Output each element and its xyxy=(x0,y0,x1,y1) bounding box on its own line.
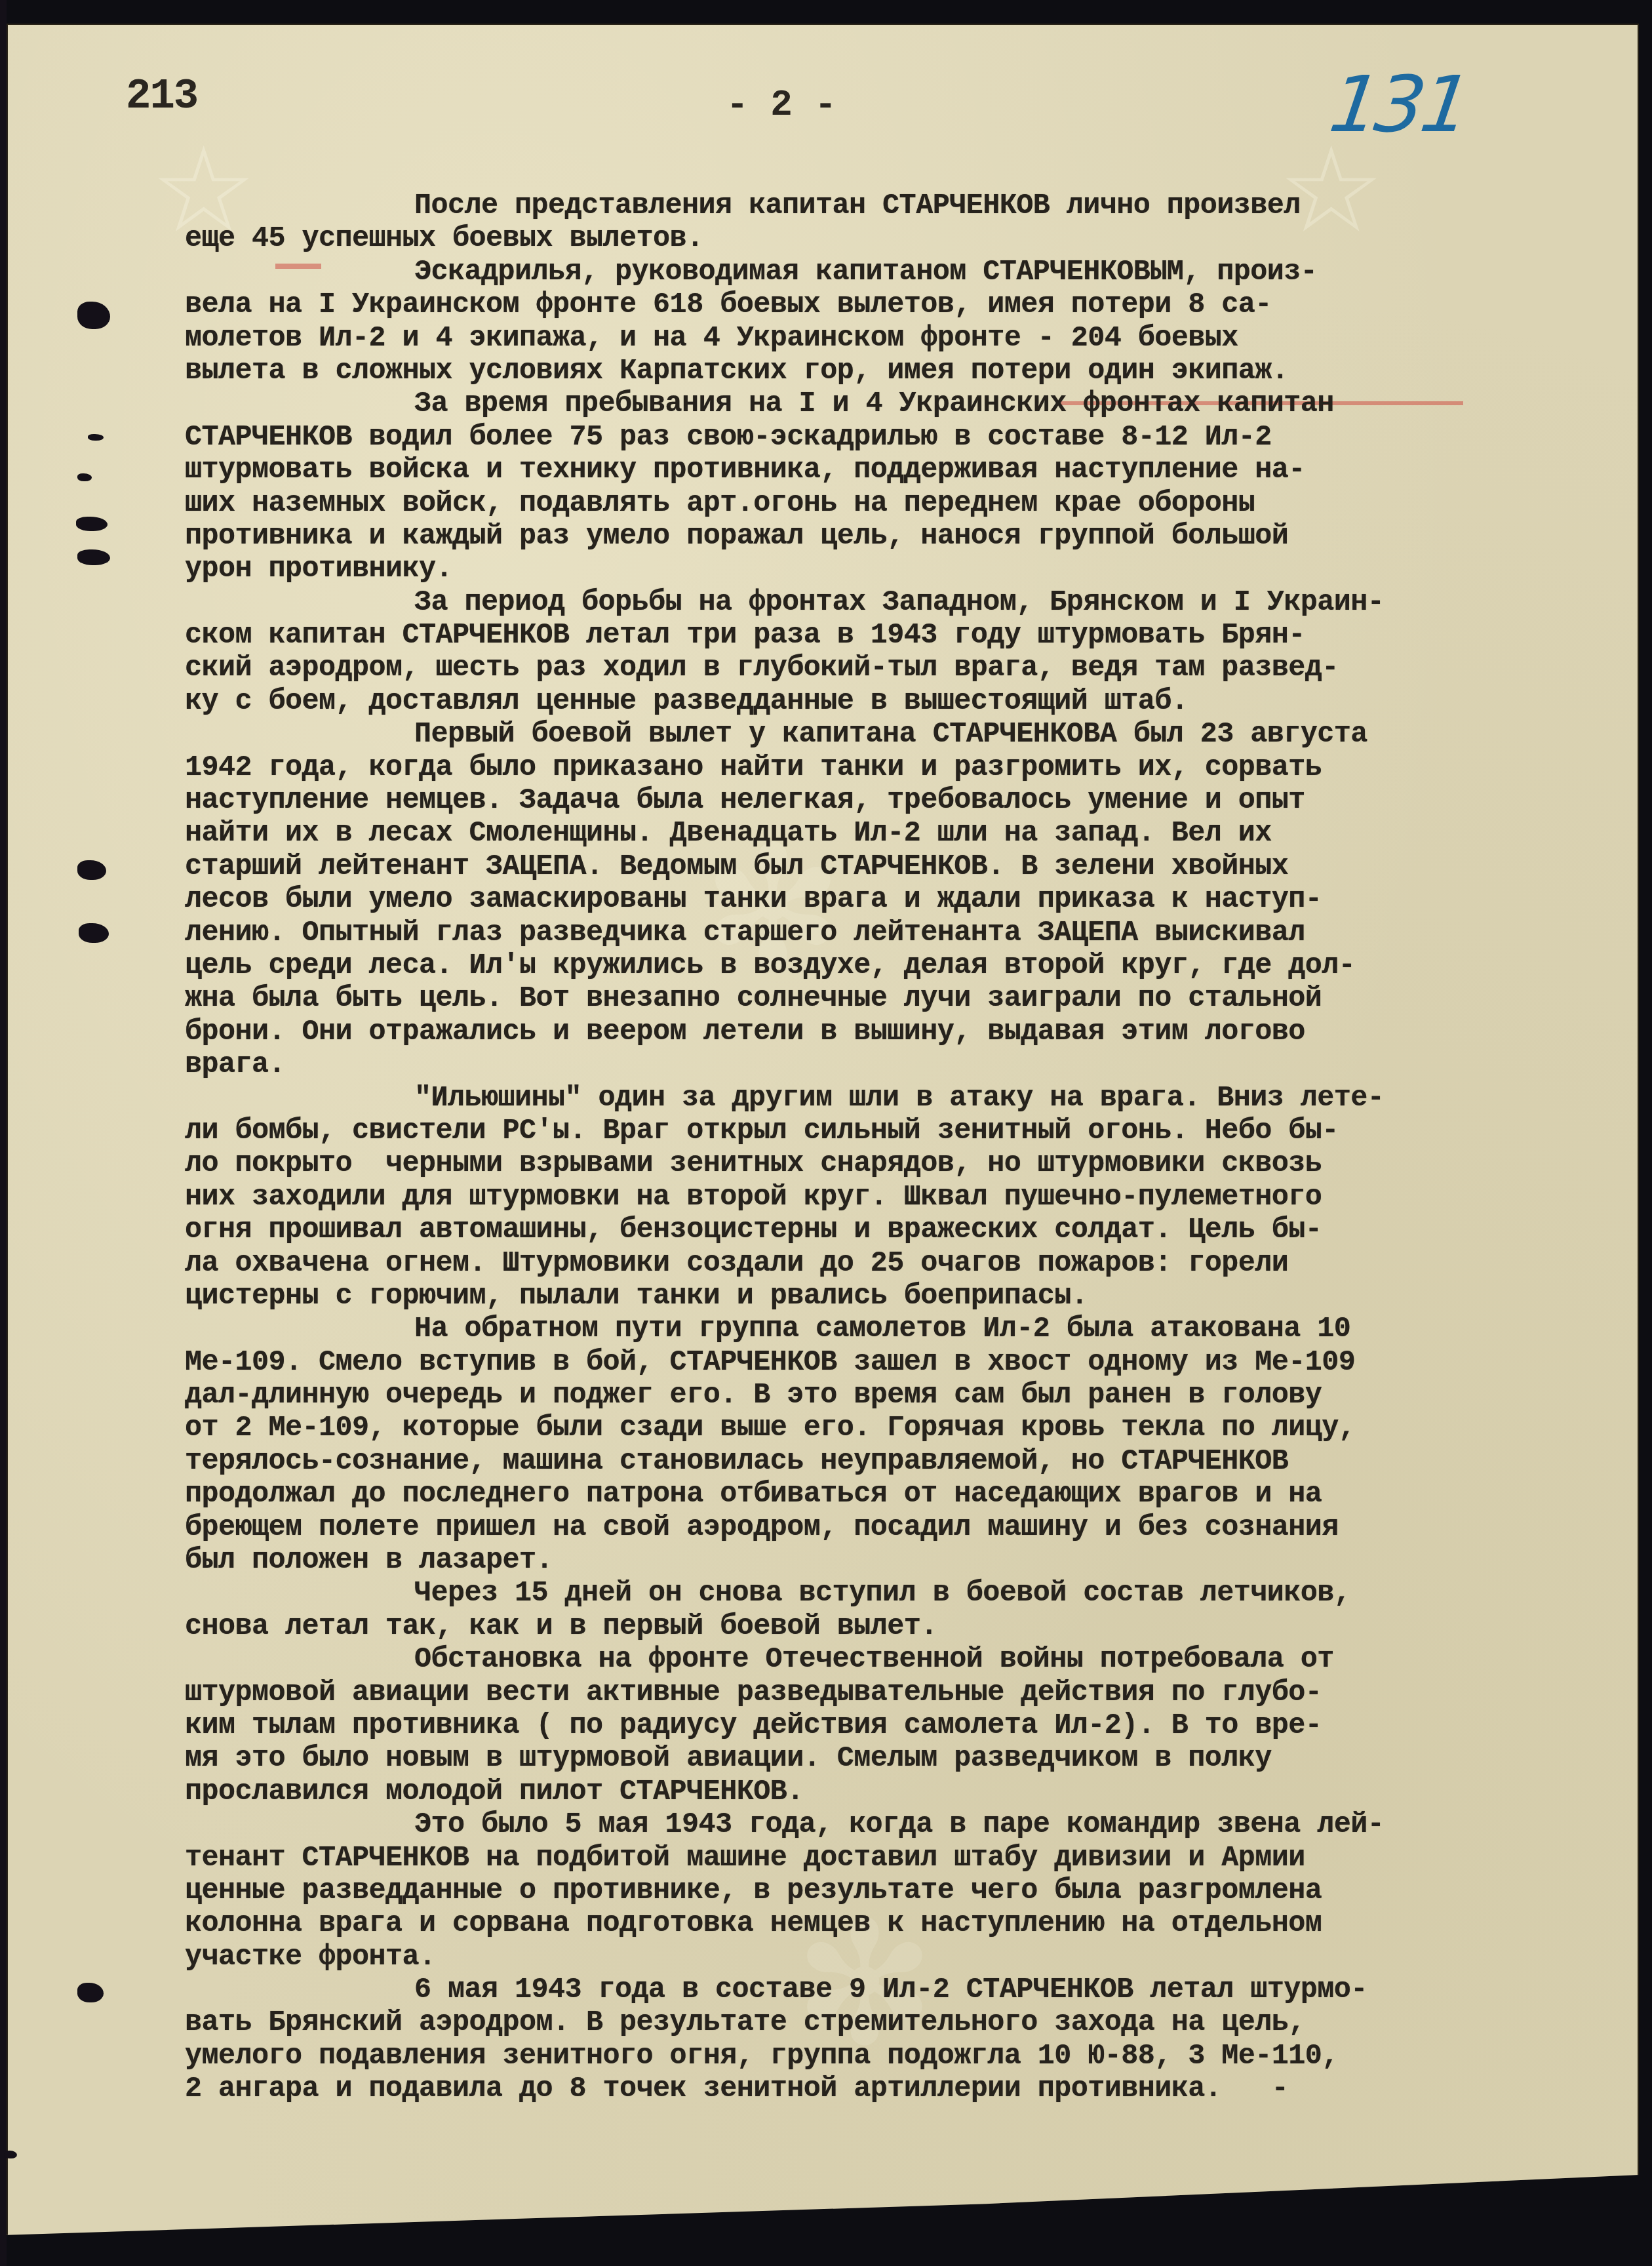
punch-hole xyxy=(4,2151,17,2158)
text-line: снова летал так, как и в первый боевой в… xyxy=(185,1611,1588,1644)
text-line: наступление немцев. Задача была нелегкая… xyxy=(185,785,1588,818)
text-line: найти их в лесах Смоленщины. Двенадцать … xyxy=(185,818,1588,850)
text-line: ким тылам противника ( по радиусу действ… xyxy=(185,1710,1588,1743)
text-line: тенант СТАРЧЕНКОВ на подбитой машине дос… xyxy=(185,1842,1588,1875)
text-line: После представления капитан СТАРЧЕНКОВ л… xyxy=(185,190,1588,223)
text-line: За время пребывания на I и 4 Украинских … xyxy=(185,388,1588,421)
text-line: еще 45 успешных боевых вылетов. xyxy=(185,223,1588,256)
text-line: вела на I Украинском фронте 618 боевых в… xyxy=(185,289,1588,322)
text-line: штурмовой авиации вести активные разведы… xyxy=(185,1677,1588,1710)
text-line: колонна врага и сорвана подготовка немце… xyxy=(185,1908,1588,1941)
text-line: ский аэродром, шесть раз ходил в глубоки… xyxy=(185,652,1588,685)
scan-edge xyxy=(0,0,7,2266)
text-line: них заходили для штурмовки на второй кру… xyxy=(185,1182,1588,1214)
text-line: брони. Они отражались и веером летели в … xyxy=(185,1016,1588,1049)
text-line: прославился молодой пилот СТАРЧЕНКОВ. xyxy=(185,1776,1588,1809)
text-line: 1942 года, когда было приказано найти та… xyxy=(185,752,1588,785)
punch-hole xyxy=(76,517,108,531)
text-line: Эскадрилья, руководимая капитаном СТАРЧЕ… xyxy=(185,256,1588,289)
text-line: вылета в сложных условиях Карпатских гор… xyxy=(185,355,1588,388)
text-line: штурмовать войска и технику противника, … xyxy=(185,454,1588,487)
text-line: был положен в лазарет. xyxy=(185,1545,1588,1578)
text-line: врага. xyxy=(185,1049,1588,1082)
text-line: цистерны с горючим, пылали танки и рвали… xyxy=(185,1281,1588,1313)
archive-number-left: 213 xyxy=(126,73,197,121)
typewritten-body: После представления капитан СТАРЧЕНКОВ л… xyxy=(185,190,1588,2107)
archive-number-handwritten: 131 xyxy=(1324,59,1473,149)
text-line: терялось-сознание, машина становилась не… xyxy=(185,1446,1588,1479)
text-line: старший лейтенант ЗАЦЕПА. Ведомым был СТ… xyxy=(185,851,1588,884)
page-number: - 2 - xyxy=(726,84,836,126)
text-line: ло покрыто черными взрывами зенитных сна… xyxy=(185,1148,1588,1181)
text-line: от 2 Ме-109, которые были сзади выше его… xyxy=(185,1412,1588,1445)
text-line: противника и каждый раз умело поражал це… xyxy=(185,521,1588,553)
punch-hole xyxy=(88,434,104,441)
text-line: участке фронта. xyxy=(185,1941,1588,1974)
text-line: продолжал до последнего патрона отбивать… xyxy=(185,1479,1588,1511)
text-line: ском капитан СТАРЧЕНКОВ летал три раза в… xyxy=(185,620,1588,652)
punch-hole xyxy=(77,549,110,565)
text-line: ла охвачена огнем. Штурмовики создали до… xyxy=(185,1248,1588,1281)
text-line: жна была быть цель. Вот внезапно солнечн… xyxy=(185,983,1588,1016)
text-line: "Ильюшины" один за другим шли в атаку на… xyxy=(185,1083,1588,1115)
text-line: урон противнику. xyxy=(185,553,1588,586)
text-line: лесов были умело замаскированы танки вра… xyxy=(185,884,1588,917)
text-line: Обстановка на фронте Отечественной войны… xyxy=(185,1644,1588,1677)
punch-hole xyxy=(77,473,92,481)
text-line: огня прошивал автомашины, бензоцистерны … xyxy=(185,1214,1588,1247)
text-line: Ме-109. Смело вступив в бой, СТАРЧЕНКОВ … xyxy=(185,1347,1588,1380)
punch-hole xyxy=(77,1983,104,2002)
text-line: На обратном пути группа самолетов Ил-2 б… xyxy=(185,1313,1588,1346)
text-line: дал-длинную очередь и поджег его. В это … xyxy=(185,1380,1588,1412)
punch-hole xyxy=(79,923,109,943)
text-line: Это было 5 мая 1943 года, когда в паре к… xyxy=(185,1809,1588,1842)
text-line: бреющем полете пришел на свой аэродром, … xyxy=(185,1512,1588,1545)
text-line: 6 мая 1943 года в составе 9 Ил-2 СТАРЧЕН… xyxy=(185,1974,1588,2007)
text-line: СТАРЧЕНКОВ водил более 75 раз свою-эскад… xyxy=(185,422,1588,454)
text-line: 2 ангара и подавила до 8 точек зенитной … xyxy=(185,2073,1588,2106)
text-line: Через 15 дней он снова вступил в боевой … xyxy=(185,1578,1588,1610)
punch-hole xyxy=(77,302,110,329)
text-line: ценные разведданные о противнике, в резу… xyxy=(185,1875,1588,1908)
text-line: ку с боем, доставлял ценные разведданные… xyxy=(185,686,1588,719)
text-line: ли бомбы, свистели РС'ы. Враг открыл сил… xyxy=(185,1115,1588,1148)
punch-hole xyxy=(77,860,106,880)
text-line: молетов Ил-2 и 4 экипажа, и на 4 Украинс… xyxy=(185,323,1588,355)
text-line: лению. Опытный глаз разведчика старшего … xyxy=(185,917,1588,950)
text-line: вать Брянский аэродром. В результате стр… xyxy=(185,2007,1588,2040)
text-line: ших наземных войск, подавлять арт.огонь … xyxy=(185,488,1588,521)
text-line: За период борьбы на фронтах Западном, Бр… xyxy=(185,587,1588,620)
text-line: умелого подавления зенитного огня, групп… xyxy=(185,2040,1588,2073)
text-line: мя это было новым в штурмовой авиации. С… xyxy=(185,1743,1588,1776)
text-line: цель среди леса. Ил'ы кружились в воздух… xyxy=(185,950,1588,983)
text-line: Первый боевой вылет у капитана СТАРЧЕНКО… xyxy=(185,719,1588,751)
